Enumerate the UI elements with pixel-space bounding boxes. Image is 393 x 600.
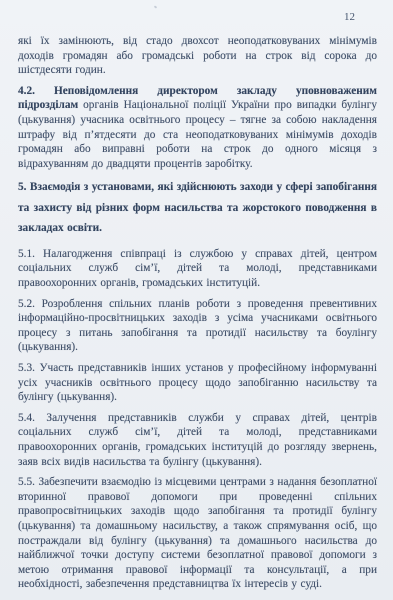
document-body: які їх замінюють, від стадо двохсот неоп… bbox=[18, 34, 377, 592]
document-page: 12 які їх замінюють, від стадо двохсот н… bbox=[0, 0, 393, 600]
para-5-5: 5.5. Забезпечити взаємодію із місцевими … bbox=[18, 475, 377, 592]
text-run: 5.3. Участь представників інших установ … bbox=[18, 362, 377, 403]
scan-speck bbox=[84, 572, 86, 574]
para-4-2: 4.2. Неповідомлення директором закладу у… bbox=[18, 84, 377, 172]
para-5-2: 5.2. Розроблення спільних планів роботи … bbox=[18, 297, 377, 355]
scan-speck bbox=[154, 5, 158, 8]
text-run: 5.1. Налагодження співпраці із службою у… bbox=[18, 248, 377, 289]
text-run: 5.4. Залучення представників служби у сп… bbox=[18, 412, 377, 468]
page-number: 12 bbox=[18, 10, 355, 24]
para-5-1: 5.1. Налагодження співпраці із службою у… bbox=[18, 247, 377, 291]
para-continued-4-1: які їх замінюють, від стадо двохсот неоп… bbox=[18, 34, 377, 78]
para-5-4: 5.4. Залучення представників служби у сп… bbox=[18, 411, 377, 469]
text-run: які їх замінюють, від стадо двохсот неоп… bbox=[18, 35, 377, 76]
text-run: 5.2. Розроблення спільних планів роботи … bbox=[18, 298, 377, 354]
heading-5: 5. Взаємодія з установами, які здійснюют… bbox=[18, 177, 377, 239]
text-run: 5.5. Забезпечити взаємодію із місцевими … bbox=[18, 476, 377, 590]
bold-text-run: 5. Взаємодія з установами, які здійснюют… bbox=[18, 181, 377, 234]
para-5-3: 5.3. Участь представників інших установ … bbox=[18, 361, 377, 405]
